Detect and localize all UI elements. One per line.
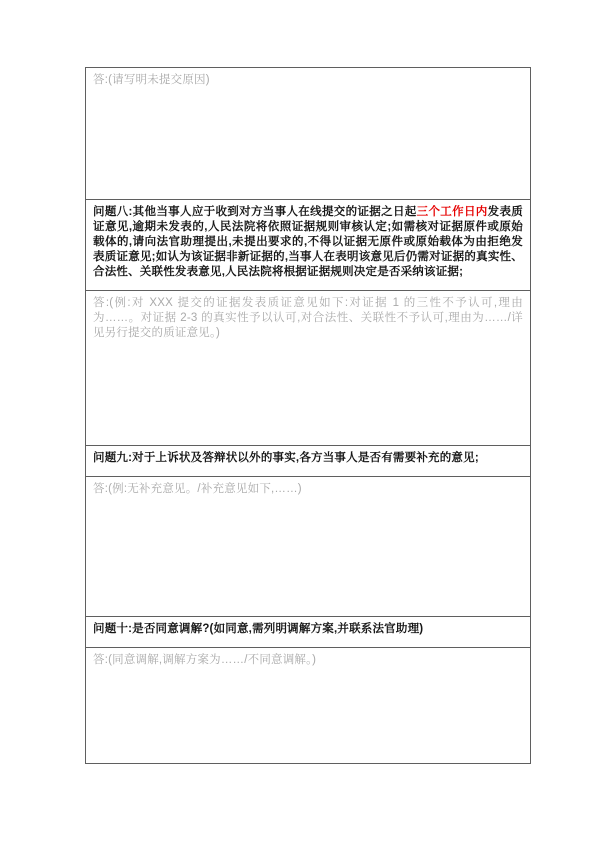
question-9-text: 问题九:对于上诉状及答辩状以外的事实,各方当事人是否有需要补充的意见; [93,452,479,464]
answer-8-placeholder-text: 答:(例:对 XXX 提交的证据发表质证意见如下:对证据 1 的三性不予认可,理… [93,297,523,339]
answer-10-placeholder-text: 答:(同意调解,调解方案为……/不同意调解。) [93,654,316,666]
answer-9-cell[interactable]: 答:(例:无补充意见。/补充意见如下,……) [86,477,530,617]
question-10-cell: 问题十:是否同意调解?(如同意,需列明调解方案,并联系法官助理) [86,617,530,648]
answer-10-cell[interactable]: 答:(同意调解,调解方案为……/不同意调解。) [86,648,530,763]
prev-answer-cell[interactable]: 答:(请写明未提交原因) [86,68,530,200]
answer-8-cell[interactable]: 答:(例:对 XXX 提交的证据发表质证意见如下:对证据 1 的三性不予认可,理… [86,291,530,446]
question-8-text-prefix: 问题八:其他当事人应于收到对方当事人在线提交的证据之日起 [93,206,417,218]
questionnaire-table: 答:(请写明未提交原因) 问题八:其他当事人应于收到对方当事人在线提交的证据之日… [85,67,531,764]
question-9-cell: 问题九:对于上诉状及答辩状以外的事实,各方当事人是否有需要补充的意见; [86,446,530,477]
question-10-text: 问题十:是否同意调解?(如同意,需列明调解方案,并联系法官助理) [93,623,423,635]
question-8-cell: 问题八:其他当事人应于收到对方当事人在线提交的证据之日起三个工作日内发表质证意见… [86,200,530,291]
deadline-highlight-text: 三个工作日内 [417,206,488,218]
prev-answer-placeholder-text: 答:(请写明未提交原因) [93,74,210,86]
document-page: 答:(请写明未提交原因) 问题八:其他当事人应于收到对方当事人在线提交的证据之日… [0,0,599,848]
answer-9-placeholder-text: 答:(例:无补充意见。/补充意见如下,……) [93,483,302,495]
